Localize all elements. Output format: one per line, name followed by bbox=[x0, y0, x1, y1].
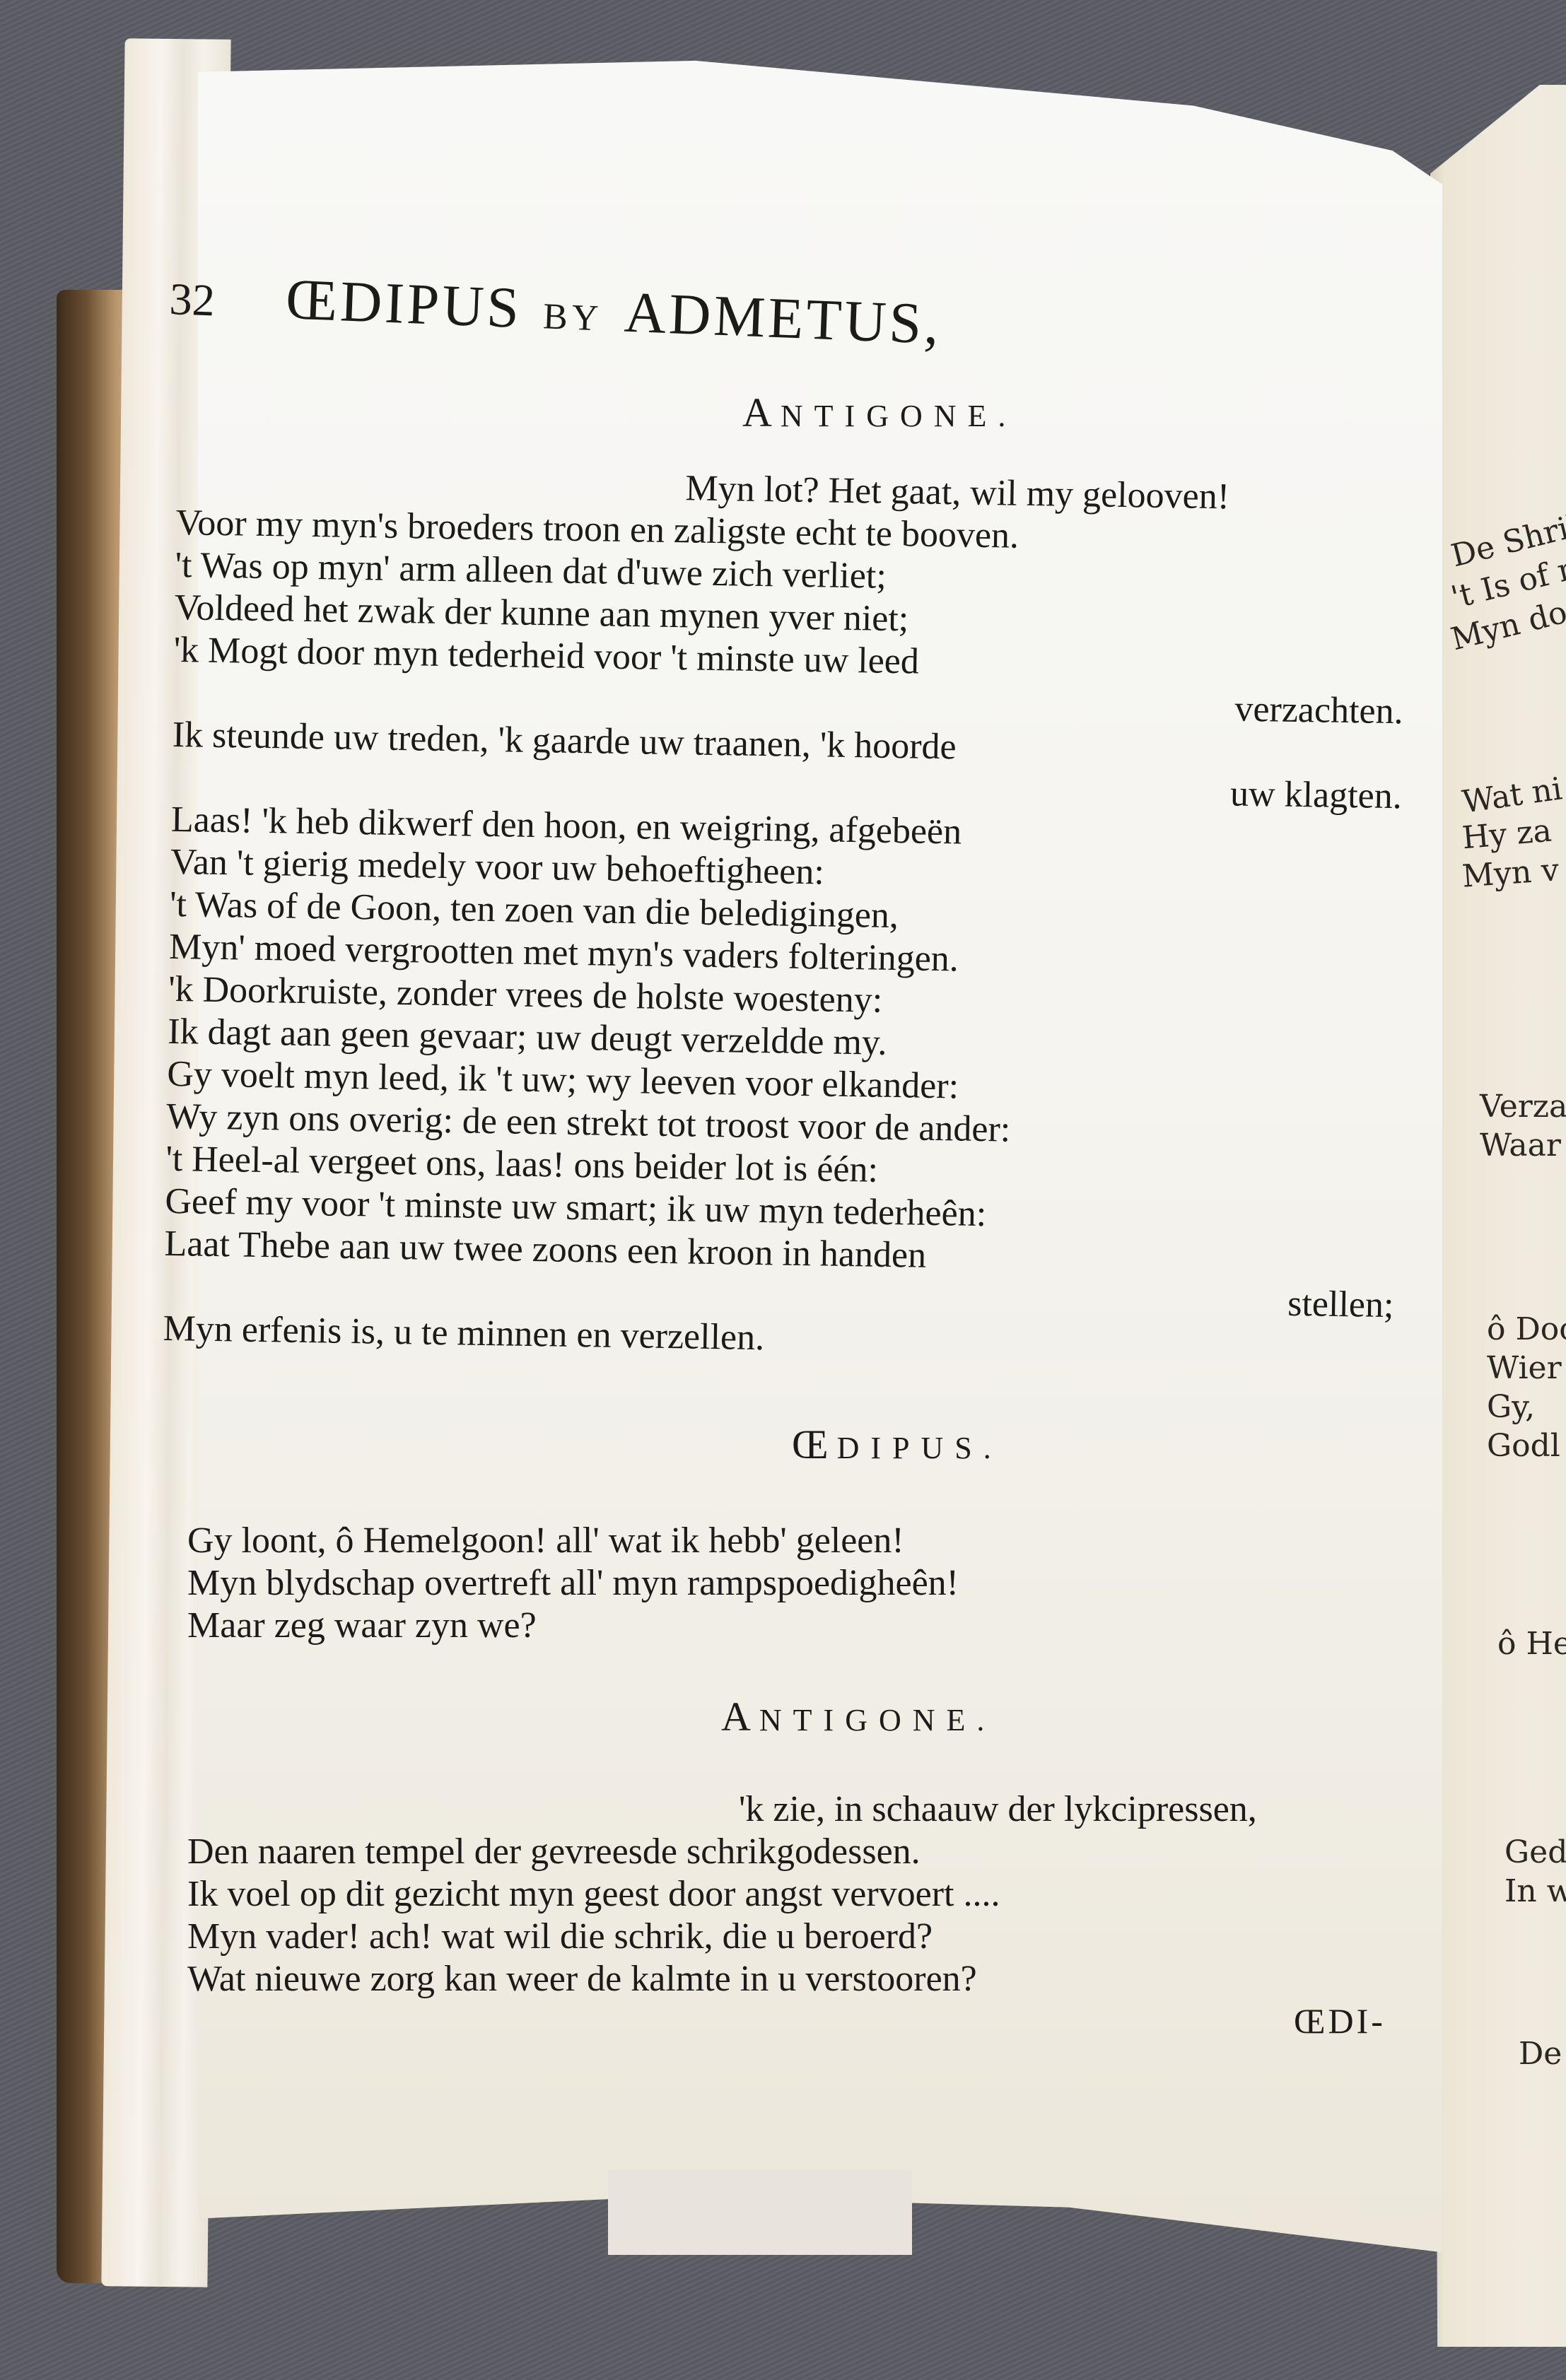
speaker-heading: ANTIGONE. bbox=[742, 389, 1017, 436]
title-admetus: ADMETUS, bbox=[623, 280, 942, 356]
verse-line: Wat nieuwe zorg kan weer de kalmte in u … bbox=[187, 1958, 1425, 2000]
page-number: 32 bbox=[168, 273, 216, 327]
verse-line: Myn blydschap overtreft all' myn rampspo… bbox=[187, 1562, 1425, 1605]
title-oedipus: ŒDIPUS bbox=[285, 266, 523, 340]
redaction-patch bbox=[608, 2170, 912, 2255]
verse-block: Myn lot? Het gaat, wil my gelooven! Voor… bbox=[163, 459, 1414, 1369]
speaker-heading: ŒDIPUS. bbox=[792, 1421, 1003, 1468]
running-head: 32 ŒDIPUS BY ADMETUS, bbox=[168, 262, 1273, 370]
verse-line: 'k zie, in schaauw der lykcipressen, bbox=[187, 1788, 1425, 1831]
verse-line: Gy loont, ô Hemelgoon! all' wat ik hebb'… bbox=[187, 1520, 1425, 1562]
verse-line: Den naaren tempel der gevreesde schrikgo… bbox=[187, 1831, 1425, 1873]
catchword: ŒDI- bbox=[1294, 2000, 1386, 2041]
page-content: 32 ŒDIPUS BY ADMETUS, ANTIGONE. Myn lot?… bbox=[0, 0, 1566, 2380]
verse-block: 'k zie, in schaauw der lykcipressen, Den… bbox=[187, 1788, 1425, 2000]
title-by: BY bbox=[542, 296, 603, 339]
verse-line: Myn vader! ach! wat wil die schrik, die … bbox=[187, 1916, 1425, 1958]
verse-line: Maar zeg waar zyn we? bbox=[187, 1605, 1425, 1647]
speaker-heading: ANTIGONE. bbox=[721, 1693, 995, 1740]
verse-line: Ik voel op dit gezicht myn geest door an… bbox=[187, 1873, 1425, 1916]
verse-block: Gy loont, ô Hemelgoon! all' wat ik hebb'… bbox=[187, 1520, 1425, 1647]
